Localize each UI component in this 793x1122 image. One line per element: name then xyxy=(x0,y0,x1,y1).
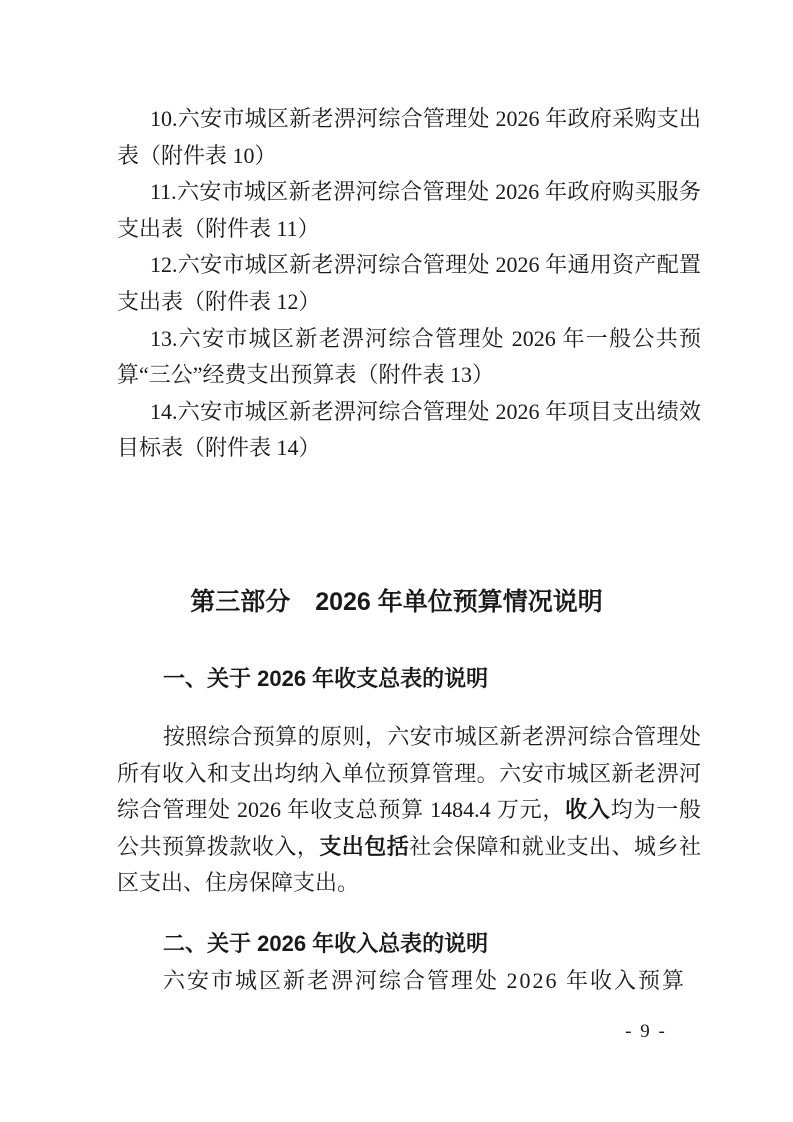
attachment-item-14: 14.六安市城区新老淠河综合管理处 2026 年项目支出绩效目标表（附件表 14… xyxy=(117,394,701,467)
budget-document-page: 10.六安市城区新老淠河综合管理处 2026 年政府采购支出表（附件表 10） … xyxy=(0,0,793,1122)
attachment-item-10: 10.六安市城区新老淠河综合管理处 2026 年政府采购支出表（附件表 10） xyxy=(117,101,701,174)
attachment-item-12: 12.六安市城区新老淠河综合管理处 2026 年通用资产配置支出表（附件表 12… xyxy=(117,247,701,320)
budget-overview-paragraph: 按照综合预算的原则，六安市城区新老淠河综合管理处所有收入和支出均纳入单位预算管理… xyxy=(117,719,701,902)
attachment-item-13: 13.六安市城区新老淠河综合管理处 2026 年一般公共预算“三公”经费支出预算… xyxy=(117,321,701,394)
attachment-table-list: 10.六安市城区新老淠河综合管理处 2026 年政府采购支出表（附件表 10） … xyxy=(117,101,701,467)
attachment-item-11: 11.六安市城区新老淠河综合管理处 2026 年政府购买服务支出表（附件表 11… xyxy=(117,174,701,247)
page-number: - 9 - xyxy=(586,1020,706,1044)
section2-opening-line: 六安市城区新老淠河综合管理处 2026 年收入预算 xyxy=(117,963,757,1000)
section1-title: 一、关于 2026 年收支总表的说明 xyxy=(117,663,737,695)
section2-title: 二、关于 2026 年收入总表的说明 xyxy=(117,928,737,960)
part3-heading: 第三部分 2026 年单位预算情况说明 xyxy=(0,584,793,620)
